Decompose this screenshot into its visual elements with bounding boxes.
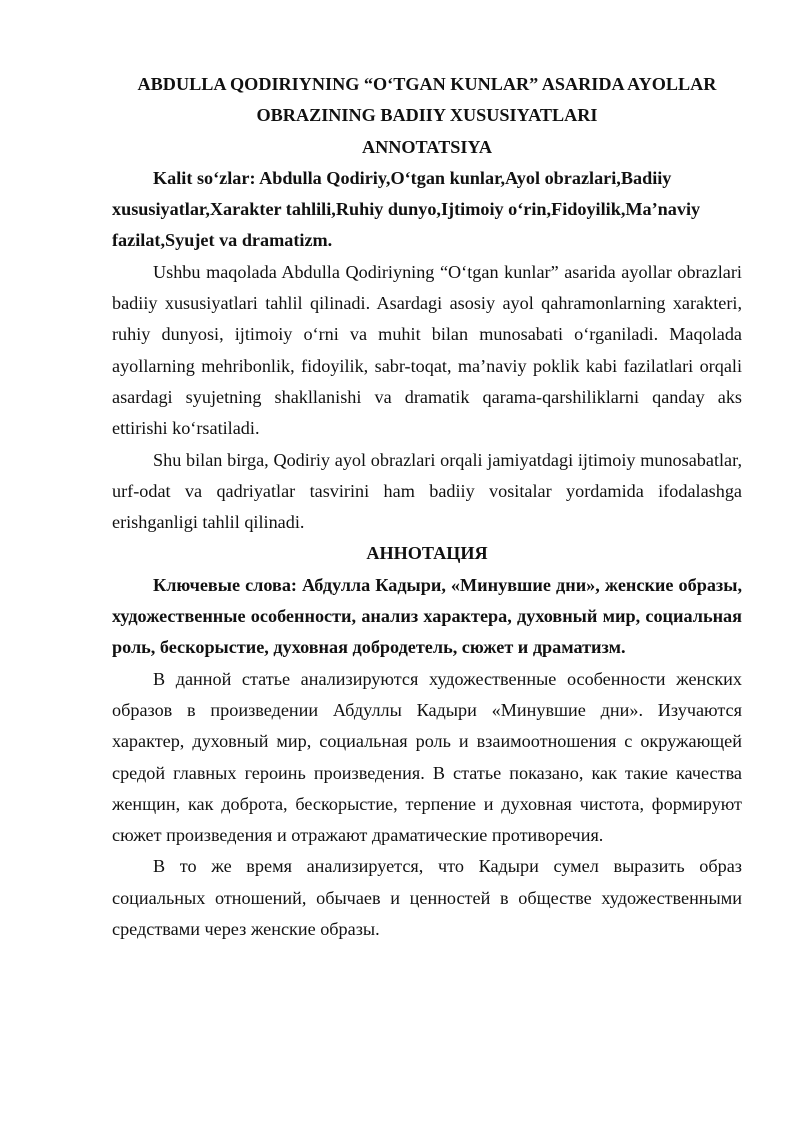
document-title: ABDULLA QODIRIYNING “O‘TGAN KUNLAR” ASAR… xyxy=(112,69,742,132)
ru-paragraph-1: В данной статье анализируются художестве… xyxy=(112,664,742,852)
ru-annotation-heading: АННОТАЦИЯ xyxy=(112,538,742,569)
ru-keywords: Ключевые слова: Абдулла Кадыри, «Минувши… xyxy=(112,570,742,664)
title-line-1: ABDULLA QODIRIYNING “O‘TGAN KUNLAR” ASAR… xyxy=(112,69,742,100)
uz-keywords: Kalit so‘zlar: Abdulla Qodiriy,O‘tgan ku… xyxy=(112,163,742,257)
uz-annotation-heading: ANNOTATSIYA xyxy=(112,132,742,163)
document-page: ABDULLA QODIRIYNING “O‘TGAN KUNLAR” ASAR… xyxy=(112,69,742,945)
ru-paragraph-2: В то же время анализируется, что Кадыри … xyxy=(112,851,742,945)
uz-paragraph-2: Shu bilan birga, Qodiriy ayol obrazlari … xyxy=(112,445,742,539)
title-line-2: OBRAZINING BADIIY XUSUSIYATLARI xyxy=(112,100,742,131)
uz-paragraph-1: Ushbu maqolada Abdulla Qodiriyning “O‘tg… xyxy=(112,257,742,445)
